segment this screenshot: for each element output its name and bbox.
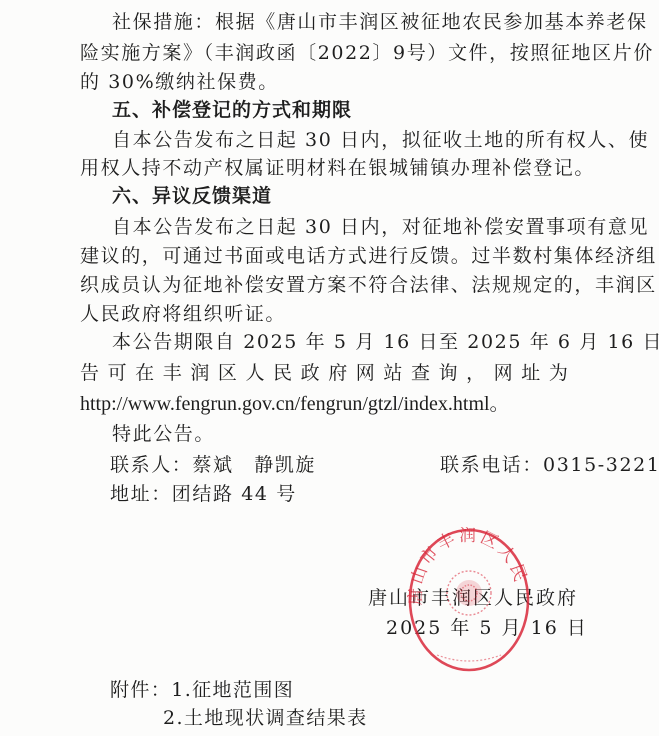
- char: 询: [439, 361, 458, 385]
- char: 丰: [163, 361, 182, 385]
- char: 府: [328, 361, 347, 385]
- attachment-item-1: 1.征地范围图: [171, 679, 294, 701]
- char: ，: [466, 361, 485, 385]
- contact-address: 地址：团结路 44 号: [110, 482, 600, 506]
- attachment-item-2: 2.土地现状调查结果表: [163, 706, 368, 730]
- attachments-label: 附件：1.征地范围图: [110, 678, 294, 702]
- social-security-line-1: 社保措施：根据《唐山市丰润区被征地农民参加基本养老保: [112, 10, 570, 34]
- closing-text: 特此公告。: [112, 422, 570, 446]
- section-6-line-1: 自本公告发布之日起 30 日内，对征地补偿安置事项有意见: [112, 215, 570, 239]
- section-6-line-2: 建议的，可通过书面或电话方式进行反馈。过半数村集体经济组: [80, 244, 570, 268]
- char: 网: [494, 361, 513, 385]
- signature-organization: 唐山市丰润区人民政府: [368, 586, 578, 610]
- period-line-2: 告 可 在 丰 润 区 人 民 政 府 网 站 查 询 ， 网 址 为: [80, 361, 568, 385]
- char: 可: [108, 361, 127, 385]
- contact-phone: 联系电话：0315-3221841: [440, 453, 659, 477]
- char: 告: [80, 361, 99, 385]
- char: 查: [411, 361, 430, 385]
- section-5-line-1: 自本公告发布之日起 30 日内，拟征收土地的所有权人、使: [112, 128, 570, 152]
- char: 润: [190, 361, 209, 385]
- char: 址: [521, 361, 540, 385]
- section-5-line-2: 用权人持不动产权属证明材料在银城铺镇办理补偿登记。: [80, 156, 570, 180]
- signature-date: 2025 年 5 月 16 日: [386, 616, 588, 640]
- contact-person: 联系人：蔡斌 静凯旋: [110, 454, 316, 476]
- char: 民: [273, 361, 292, 385]
- website-url-link[interactable]: http://www.fengrun.gov.cn/fengrun/gtzl/i…: [80, 392, 570, 416]
- document-page: 社保措施：根据《唐山市丰润区被征地农民参加基本养老保 险实施方案》（丰润政函〔2…: [0, 0, 659, 736]
- char: 区: [218, 361, 237, 385]
- section-6-line-4: 人民政府将组织听证。: [80, 302, 570, 326]
- char: 网: [356, 361, 375, 385]
- char: 为: [549, 361, 568, 385]
- attachments-label-text: 附件：: [110, 679, 171, 701]
- char: 在: [135, 361, 154, 385]
- social-security-line-3: 的 30%缴纳社保费。: [80, 70, 570, 94]
- char: 站: [383, 361, 402, 385]
- char: 人: [245, 361, 264, 385]
- section-5-heading: 五、补偿登记的方式和期限: [112, 98, 570, 122]
- social-security-line-2: 险实施方案》（丰润政函〔2022〕9号）文件，按照征地区片价: [80, 41, 570, 65]
- section-6-heading: 六、异议反馈渠道: [112, 184, 570, 208]
- period-line-1: 本公告期限自 2025 年 5 月 16 日至 2025 年 6 月 16 日。…: [112, 330, 570, 354]
- section-6-line-3: 织成员认为征地补偿安置方案不符合法律、法规规定的，丰润区: [80, 273, 570, 297]
- char: 政: [301, 361, 320, 385]
- contact-line: 联系人：蔡斌 静凯旋 联系电话：0315-3221841: [110, 453, 570, 477]
